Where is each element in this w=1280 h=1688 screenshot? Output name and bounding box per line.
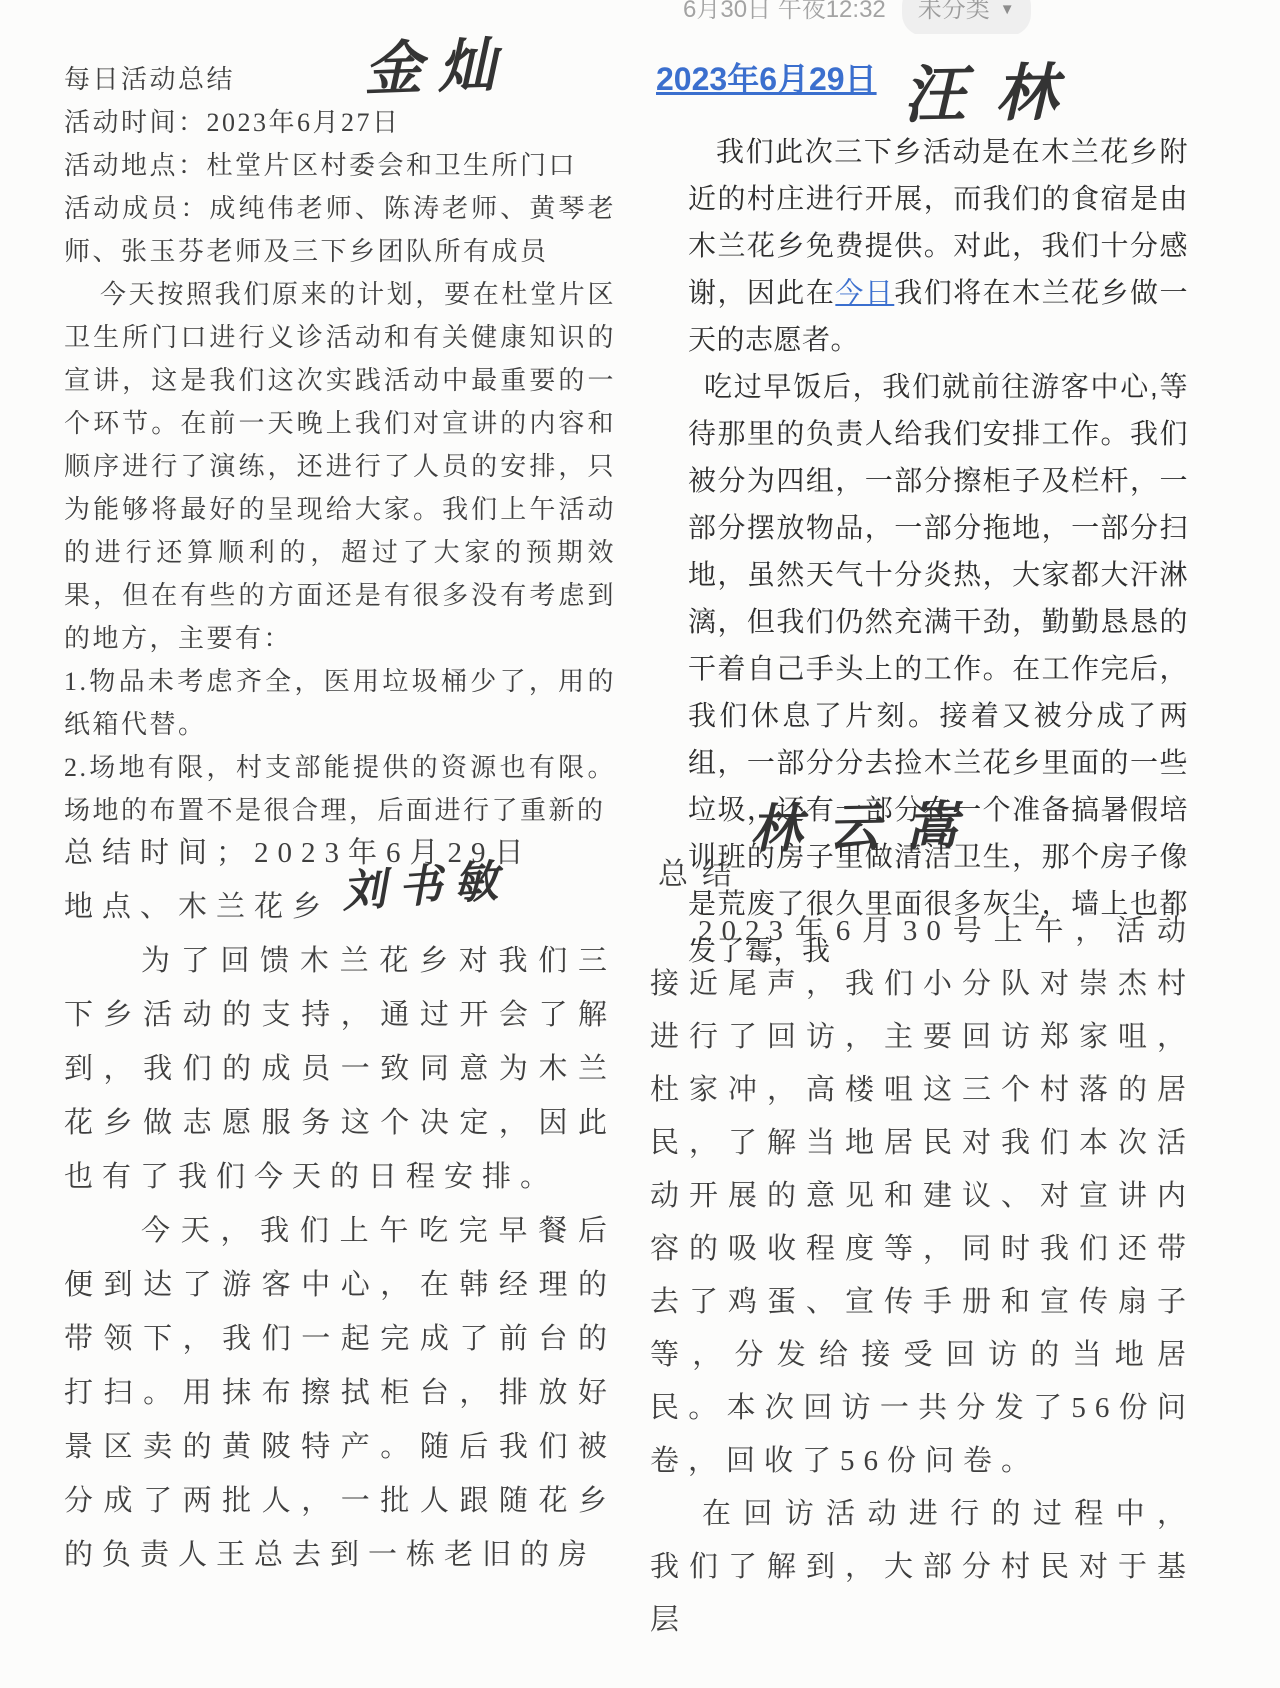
note-meta-bar: 6月30日 午夜12:32 未分类 ▼ <box>656 0 1190 34</box>
meta-members-line: 活动成员：成纯伟老师、陈涛老师、黄琴老师、张玉芬老师及三下乡团队所有成员 <box>64 187 616 273</box>
summary-label: 总结 <box>658 848 746 901</box>
note-timestamp: 6月30日 午夜12:32 <box>683 0 886 32</box>
date-row: 2023年6月29日 汪林 <box>656 54 1190 128</box>
chevron-down-icon: ▼ <box>1000 0 1015 32</box>
signature-jincan: 金灿 <box>363 43 512 91</box>
category-dropdown[interactable]: 未分类 ▼ <box>902 0 1031 34</box>
signature-linyunsong: 林云嵩 <box>750 800 985 857</box>
notes-page: 金灿 每日活动总结 活动时间：2023年6月27日 活动地点：杜堂片区村委会和卫… <box>0 0 1280 1688</box>
issue-item-1: 1.物品未考虑齐全，医用垃圾桶少了，用的纸箱代替。 <box>64 660 616 746</box>
visit-paragraph-2: 在回访活动进行的过程中，我们了解到，大部分村民对于基层 <box>650 1488 1195 1647</box>
summary-note-right: 总结 林云嵩 2023年6月30号上午，活动接近尾声，我们小分队对崇杰村进行了回… <box>650 800 1195 1647</box>
typed-paragraph-1: 我们此次三下乡活动是在木兰花乡附近的村庄进行开展，而我们的食宿是由木兰花乡免费提… <box>688 128 1188 363</box>
today-link[interactable]: 今日 <box>835 277 894 308</box>
visit-paragraph-1: 2023年6月30号上午，活动接近尾声，我们小分队对崇杰村进行了回访，主要回访郑… <box>650 905 1195 1488</box>
meta-place-line: 活动地点：杜堂片区村委会和卫生所门口 <box>64 144 616 187</box>
note-body: 今天按照我们原来的计划，要在杜堂片区卫生所门口进行义诊活动和有关健康知识的宣讲，… <box>64 273 616 660</box>
issue-item-2: 2.场地有限，村支部能提供的资源也有限。场地的布置不是很合理，后面进行了重新的 <box>64 746 616 832</box>
summary-note-left: 刘书敏 总结时间；2023年6月29日 地点、木兰花乡 为了回馈木兰花乡对我们三… <box>64 826 616 1582</box>
category-label: 未分类 <box>918 0 990 32</box>
summary-paragraph-1: 为了回馈木兰花乡对我们三下乡活动的支持，通过开会了解到，我们的成员一致同意为木兰… <box>64 934 616 1204</box>
summary-place-line: 地点、木兰花乡 <box>64 880 616 934</box>
meta-time-line: 活动时间：2023年6月27日 <box>64 101 616 144</box>
signature-wanglin: 汪林 <box>902 42 1088 134</box>
note-title: 每日活动总结 <box>64 58 616 101</box>
summary-paragraph-2: 今天，我们上午吃完早餐后便到达了游客中心，在韩经理的带领下，我们一起完成了前台的… <box>64 1204 616 1582</box>
daily-summary-note: 金灿 每日活动总结 活动时间：2023年6月27日 活动地点：杜堂片区村委会和卫… <box>64 58 616 832</box>
date-link[interactable]: 2023年6月29日 <box>656 54 877 100</box>
summary-header: 总结 林云嵩 <box>650 800 1195 905</box>
